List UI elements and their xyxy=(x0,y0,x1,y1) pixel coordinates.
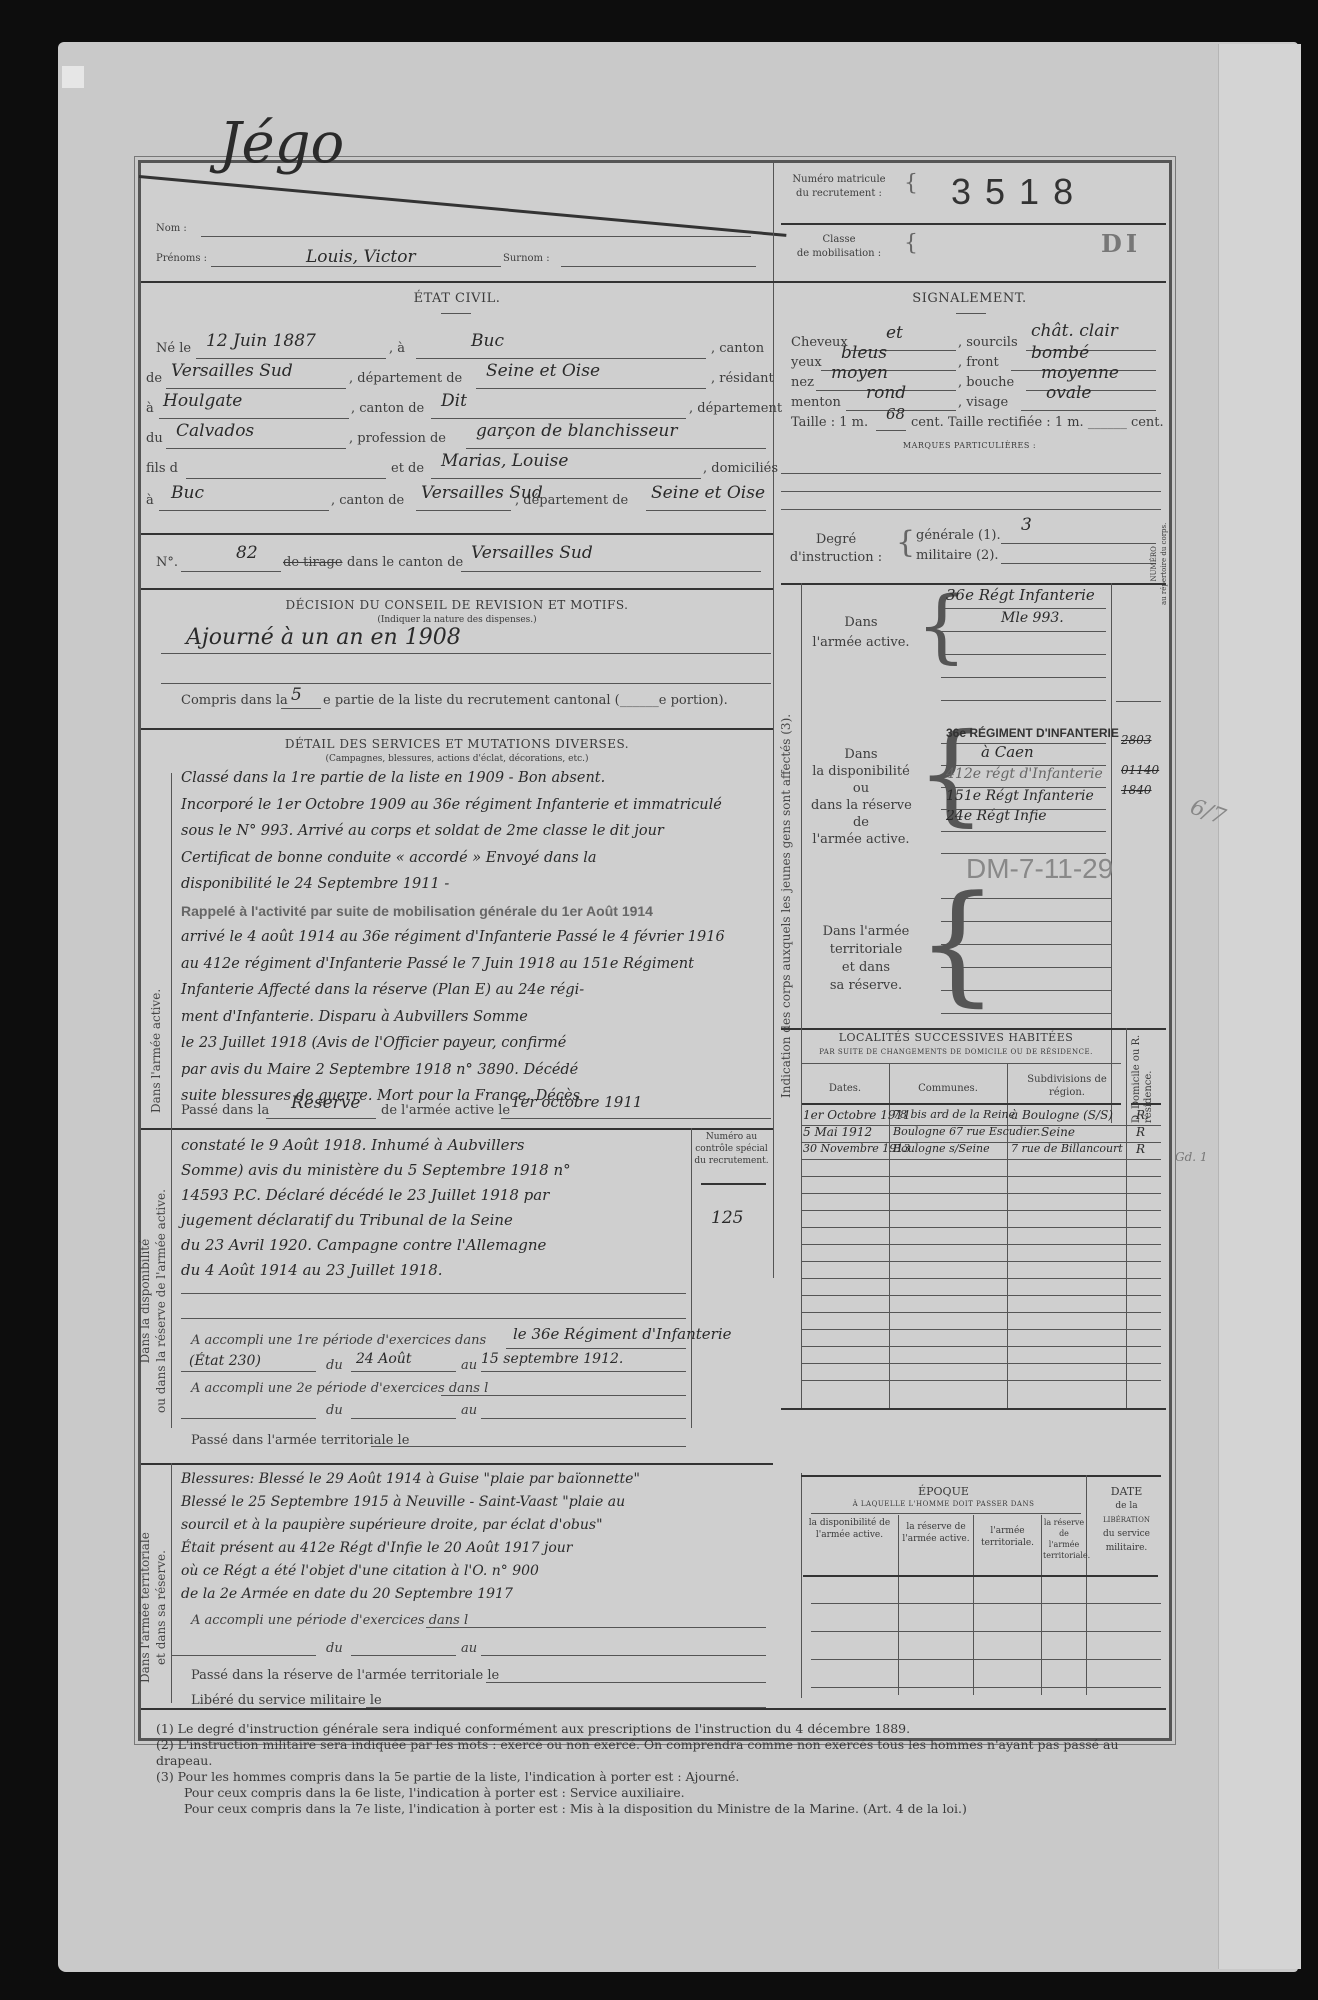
dispo-number-1: 2803 xyxy=(1121,733,1152,747)
passe-date: 1er octobre 1911 xyxy=(511,1093,642,1111)
localite-row: 5 Mai 1912 Boulogne 67 rue Escudier. Sei… xyxy=(801,1125,1161,1142)
nom-value: Jégo xyxy=(219,111,344,176)
numero-tirage: 82 xyxy=(236,543,258,563)
dispo-value-1: 36e RÉGIMENT D'INFANTERIE xyxy=(946,726,1119,740)
services-lines-territoriale: Blessures: Blessé le 29 Août 1914 à Guis… xyxy=(181,1468,771,1606)
margin-annotation: Gd. 1 xyxy=(1175,1150,1208,1164)
services-lines-active: Classé dans la 1re partie de la liste en… xyxy=(181,765,771,1110)
page-edge xyxy=(1218,44,1301,1969)
periode1-du: 24 Août xyxy=(356,1351,411,1367)
canton-residence: Dit xyxy=(441,391,467,411)
territoriale-label: Dans l'arméeterritorialeet danssa réserv… xyxy=(811,923,921,995)
yeux: bleus xyxy=(841,343,887,363)
active-value-2: Mle 993. xyxy=(1001,610,1064,626)
controle-header: Numéro au contrôle spécial du recrutemen… xyxy=(694,1131,769,1167)
periode1-au: 15 septembre 1912. xyxy=(481,1351,623,1367)
front: bombé xyxy=(1031,343,1089,363)
instruction-generale: 3 xyxy=(1021,515,1032,535)
classe-label: Classede mobilisation : xyxy=(784,233,894,261)
departement-naissance: Seine et Oise xyxy=(486,361,600,381)
disponibilite-label: Dansla disponibilitéoudans la réservedel… xyxy=(811,746,911,848)
dispo-value-2: à Caen xyxy=(981,743,1034,761)
localites-rows: 1er Octobre 1911 78 bis ard de la Reine … xyxy=(801,1108,1161,1159)
cheveux: et xyxy=(886,323,903,343)
matricule-form: Jégo Nom : Prénoms : Louis, Victor Surno… xyxy=(138,160,1172,1741)
dispo-number-2: 01140 xyxy=(1121,763,1159,777)
periode1-etat: (État 230) xyxy=(189,1353,261,1369)
localite-row: 30 Novembre 1913 Boulogne s/Seine 7 rue … xyxy=(801,1142,1161,1159)
page-tab xyxy=(62,66,84,88)
canton-naissance: Versailles Sud xyxy=(171,361,293,381)
departement-domicile: Seine et Oise xyxy=(651,483,765,503)
departement-residence: Calvados xyxy=(176,421,254,441)
marques-title: MARQUES PARTICULIÈRES : xyxy=(773,441,1166,450)
controle-value: 125 xyxy=(711,1208,743,1228)
mere: Marias, Louise xyxy=(441,451,568,471)
nom-label: Nom : xyxy=(156,223,187,234)
bouche: moyenne xyxy=(1041,363,1119,383)
residence: Houlgate xyxy=(163,391,242,411)
localite-row: 1er Octobre 1911 78 bis ard de la Reine … xyxy=(801,1108,1161,1125)
periode1-value: le 36e Régiment d'Infanterie xyxy=(513,1325,732,1343)
date-naissance: 12 Juin 1887 xyxy=(206,331,316,351)
compris-partie: 5 xyxy=(291,685,302,705)
prenoms-value: Louis, Victor xyxy=(306,247,416,267)
epoque-title: ÉPOQUE xyxy=(801,1485,1086,1498)
menton: rond xyxy=(866,383,906,403)
date-liberation-header: DATEde laLIBÉRATIONdu servicemilitaire. xyxy=(1089,1485,1164,1555)
passe-reserve: Réserve xyxy=(291,1093,360,1113)
nez: moyen xyxy=(831,363,888,383)
decision-value: Ajourné à un an en 1908 xyxy=(186,625,461,650)
classe-stamp: DI xyxy=(1101,229,1141,258)
instruction-label: Degréd'instruction : xyxy=(781,531,891,567)
services-lines-reserve: constaté le 9 Août 1918. Inhumé à Aubvil… xyxy=(181,1133,691,1283)
dispo-value-5: 24e Régt Infie xyxy=(946,808,1047,824)
surnom-label: Surnom : xyxy=(503,253,550,264)
profession: garçon de blanchisseur xyxy=(476,421,678,441)
sourcils: chât. clair xyxy=(1031,321,1118,341)
matricule-label: Numéro matriculedu recrutement : xyxy=(784,173,894,201)
dispo-value-3: 412e régt d'Infanterie xyxy=(946,766,1103,782)
side-label-territoriale: Dans l'armée territorialeet dans sa rése… xyxy=(137,1532,169,1683)
etat-civil-title: ÉTAT CIVIL. xyxy=(141,291,773,306)
active-label: Dansl'armée active. xyxy=(811,613,911,653)
matricule-value: 3518 xyxy=(951,171,1087,213)
dispo-value-4: 151e Régt Infanterie xyxy=(946,788,1094,804)
taille: 68 xyxy=(886,405,905,423)
strike-line xyxy=(139,175,787,237)
signalement-title: SIGNALEMENT. xyxy=(773,291,1166,306)
services-title: DÉTAIL DES SERVICES ET MUTATIONS DIVERSE… xyxy=(141,737,773,751)
side-label-active: Dans l'armée active. xyxy=(149,989,163,1113)
prenoms-label: Prénoms : xyxy=(156,253,207,264)
numero-repertoire-header: NUMÉROau répertoire du corps. xyxy=(1149,523,1169,605)
footnotes: (1) Le degré d'instruction générale sera… xyxy=(156,1721,1156,1817)
visage: ovale xyxy=(1046,383,1091,403)
localites-subtitle: PAR SUITE DE CHANGEMENTS DE DOMICILE OU … xyxy=(786,1048,1126,1056)
canton-tirage: Versailles Sud xyxy=(471,543,593,563)
domicile: Buc xyxy=(171,483,204,503)
dispo-number-3: 1840 xyxy=(1121,783,1152,797)
lieu-naissance: Buc xyxy=(471,331,504,351)
localites-title: LOCALITÉS SUCCESSIVES HABITÉES xyxy=(786,1031,1126,1044)
decision-title: DÉCISION DU CONSEIL DE REVISION ET MOTIF… xyxy=(141,598,773,612)
active-value-1: 36e Régt Infanterie xyxy=(946,586,1095,604)
side-label-reserve: Dans la disponibilitéou dans la réserve … xyxy=(137,1189,169,1413)
